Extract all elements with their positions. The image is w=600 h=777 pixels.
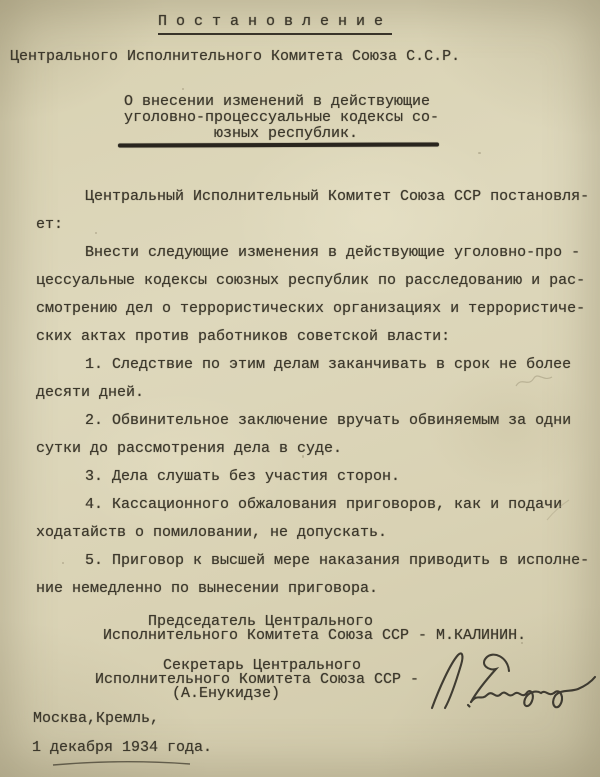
item-4-line: 4. Кассационного обжалования приговоров,… xyxy=(36,491,596,519)
intro-line: ских актах против работников советской в… xyxy=(36,323,596,351)
paper-speck xyxy=(521,642,523,644)
item-2-line: сутки до рассмотрения дела в суде. xyxy=(36,435,596,463)
faint-pencil-mark xyxy=(512,368,562,396)
paper-speck xyxy=(478,152,481,154)
item-5-line: 5. Приговор к высшей мере наказания прив… xyxy=(36,547,596,575)
intro-line: цессуальные кодексы союзных республик по… xyxy=(36,267,596,295)
item-3-line: 3. Дела слушать без участия сторон. xyxy=(36,463,596,491)
item-5-line: ние немедленно по вынесении приговора. xyxy=(36,575,596,603)
subject-line: уголовно-процессуальные кодексы со- xyxy=(124,110,448,126)
signature-enukidze xyxy=(424,644,599,716)
document-title: Постановление xyxy=(158,13,392,35)
intro-line: Внести следующие изменения в действующие… xyxy=(36,239,596,267)
intro-line: смотрению дел о террористических организ… xyxy=(36,295,596,323)
preamble-line: ет: xyxy=(36,211,596,239)
subject-line: юзных республик. xyxy=(124,126,448,142)
place-line: Москва,Кремль, xyxy=(33,710,159,727)
document-page: Постановление Центрального Исполнительно… xyxy=(0,0,600,777)
subject-underline-rule xyxy=(118,142,439,147)
subject-block: О внесении изменений в действующие уголо… xyxy=(124,94,448,142)
issuing-authority-line: Центрального Исполнительного Комитета Со… xyxy=(10,48,460,65)
chairman-signature-line: Исполнительного Комитета Союза ССР - М.К… xyxy=(103,628,526,643)
preamble-line: Центральный Исполнительный Комитет Союза… xyxy=(36,183,596,211)
paper-speck xyxy=(95,232,97,234)
item-2-line: 2. Обвинительное заключение вручать обви… xyxy=(36,407,596,435)
date-underline-stroke xyxy=(50,757,195,769)
faint-pencil-mark xyxy=(543,498,573,524)
item-4-line: ходатайств о помиловании, не допускать. xyxy=(36,519,596,547)
paper-speck xyxy=(62,562,64,564)
subject-line: О внесении изменений в действующие xyxy=(124,94,448,110)
date-line: 1 декабря 1934 года. xyxy=(32,739,212,756)
paper-speck xyxy=(302,455,304,458)
secretary-signature-line: (А.Енукидзе) xyxy=(172,686,280,701)
paper-speck xyxy=(182,88,184,90)
